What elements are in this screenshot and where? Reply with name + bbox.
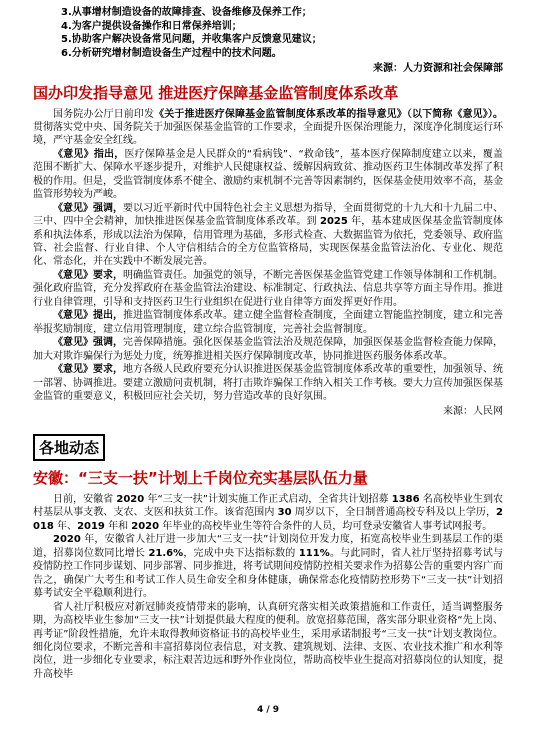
paragraph: 《意见》强调，要以习近平新时代中国特色社会主义思想为指导，全面贯彻党的十九大和十… xyxy=(33,202,503,269)
paragraph-lead: 《意见》强调， xyxy=(53,203,123,214)
paragraph-text: 省人社厅积极应对新冠肺炎疫情带来的影响，认真研究落实相关政策措施和工作责任，适当… xyxy=(33,602,503,680)
paragraph-bold-text: 《关于推进医疗保障基金监管制度体系改革的指导意见》（以下简称《意见》）。 xyxy=(154,109,503,120)
paragraph-lead: 《意见》强调， xyxy=(53,337,123,348)
section-header-local-news: 各地动态 xyxy=(33,434,105,461)
paragraph: 《意见》要求，明确监管责任。加强党的领导，不断完善医保基金监管党建工作领导体制和… xyxy=(33,269,503,309)
paragraph-text: 国务院办公厅日前印发 xyxy=(53,109,154,120)
job-duty-list: 3.从事增材制造设备的故障排查、设备维修及保养工作； 4.为客户提供设备操作和日… xyxy=(61,6,503,60)
paragraph: 《意见》提出，推进监管制度体系改革。建立健全监督检查制度，全面建立智能监控制度，… xyxy=(33,309,503,336)
paragraph-lead: 《意见》要求， xyxy=(53,270,123,281)
list-item: 4.为客户提供设备操作和日常保养培训； xyxy=(61,20,503,34)
source-line-people: 来源：人民网 xyxy=(33,405,503,419)
paragraph-text: 贯彻落实党中央、国务院关于加强医保基金监管的工作要求，全面提升医保治理能力，深度… xyxy=(33,122,503,146)
paragraph: 《意见》强调，完善保障措施。强化医保基金监管法治及规范保障，加强医保基金监督检查… xyxy=(33,336,503,363)
paragraph-lead: 《意见》要求， xyxy=(53,364,123,375)
article-title-anhui: 安徽：“三支一扶”计划上千岗位充实基层队伍力量 xyxy=(33,469,503,488)
list-item: 5.协助客户解决设备常见问题，并收集客户反馈意见建议； xyxy=(61,33,503,47)
list-item: 6.分析研究增材制造设备生产过程中的技术问题。 xyxy=(61,47,503,61)
paragraph-text: 日前，安徽省 2020 年“三支一扶”计划实施工作正式启动，全省共计划招募 13… xyxy=(33,494,503,532)
paragraph-lead: 《意见》指出， xyxy=(53,149,124,160)
paragraph: 国务院办公厅日前印发《关于推进医疗保障基金监管制度体系改革的指导意见》（以下简称… xyxy=(33,108,503,148)
paragraph-text: 2020 年，安徽省人社厅进一步加大“三支一扶”计划岗位开发力度，拓宽高校毕业生… xyxy=(33,534,503,599)
paragraph-lead: 《意见》提出， xyxy=(53,310,123,321)
paragraph: 《意见》指出，医疗保障基金是人民群众的“看病钱”、“救命钱”，基本医疗保障制度建… xyxy=(33,148,503,202)
paragraph: 日前，安徽省 2020 年“三支一扶”计划实施工作正式启动，全省共计划招募 13… xyxy=(33,493,503,533)
source-line-mohrss: 来源：人力资源和社会保障部 xyxy=(33,62,503,76)
paragraph: 2020 年，安徽省人社厅进一步加大“三支一扶”计划岗位开发力度，拓宽高校毕业生… xyxy=(33,533,503,600)
article-title-medical-insurance: 国办印发指导意见 推进医疗保障基金监管制度体系改革 xyxy=(33,84,503,103)
paragraph: 《意见》要求，地方各级人民政府要充分认识推进医保基金监管制度体系改革的重要性，加… xyxy=(33,363,503,403)
list-item: 3.从事增材制造设备的故障排查、设备维修及保养工作； xyxy=(61,6,503,20)
paragraph: 省人社厅积极应对新冠肺炎疫情带来的影响，认真研究落实相关政策措施和工作责任，适当… xyxy=(33,601,503,682)
page-number: 4 / 9 xyxy=(0,705,536,715)
document-page: 3.从事增材制造设备的故障排查、设备维修及保养工作； 4.为客户提供设备操作和日… xyxy=(0,0,536,729)
